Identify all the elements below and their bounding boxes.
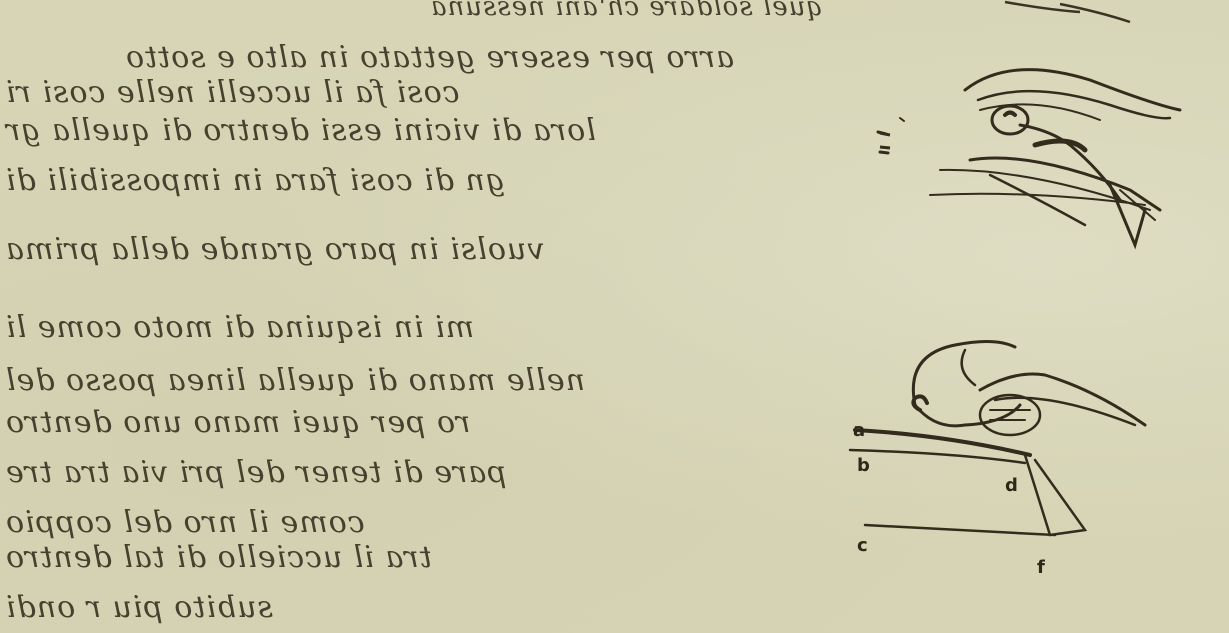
- diagram-label-d: d: [1005, 475, 1018, 496]
- diagram-label-f: f: [1037, 557, 1045, 578]
- manuscript-line: subito piu r ondi: [5, 590, 273, 625]
- manuscript-line: tra il ucciello di tal dentro: [5, 540, 432, 575]
- manuscript-line: gn di cosi fara in impossibili di: [5, 163, 505, 198]
- manuscript-line: ro per quei mano uno dentro: [5, 405, 470, 440]
- manuscript-line: quel soldare ch'ani nessuna: [430, 0, 823, 22]
- diagram-label-a: a: [853, 420, 865, 441]
- bird-sketch-upper: [870, 50, 1190, 260]
- margin-marks: [878, 125, 898, 165]
- diagram-label-c: c: [857, 535, 868, 556]
- partial-wing-sketch-top: [1000, 0, 1140, 30]
- manuscript-line: cosi fa il uccelli nelle cosi ri: [5, 75, 460, 110]
- manuscript-line: nelle mano di quella linea posso del: [5, 363, 585, 398]
- manuscript-line: come il nro del coppio: [5, 505, 365, 540]
- manuscript-line: lora di vicini essi dentro di quella gr: [5, 113, 596, 148]
- manuscript-line: pare di tener del pri via tra tre: [5, 455, 507, 490]
- manuscript-line: mi in isquina di moto come li: [5, 310, 474, 345]
- mirror-writing-text-block: quel soldare ch'ani nessuna arro per ess…: [0, 0, 850, 633]
- diagram-label-b: b: [857, 455, 870, 476]
- manuscript-line: vuolsi in paro grande della prima: [5, 232, 544, 267]
- manuscript-line: arro per essere gettato in alto e sotto: [125, 40, 734, 75]
- bird-sketch-lower: a b c d f: [845, 335, 1155, 575]
